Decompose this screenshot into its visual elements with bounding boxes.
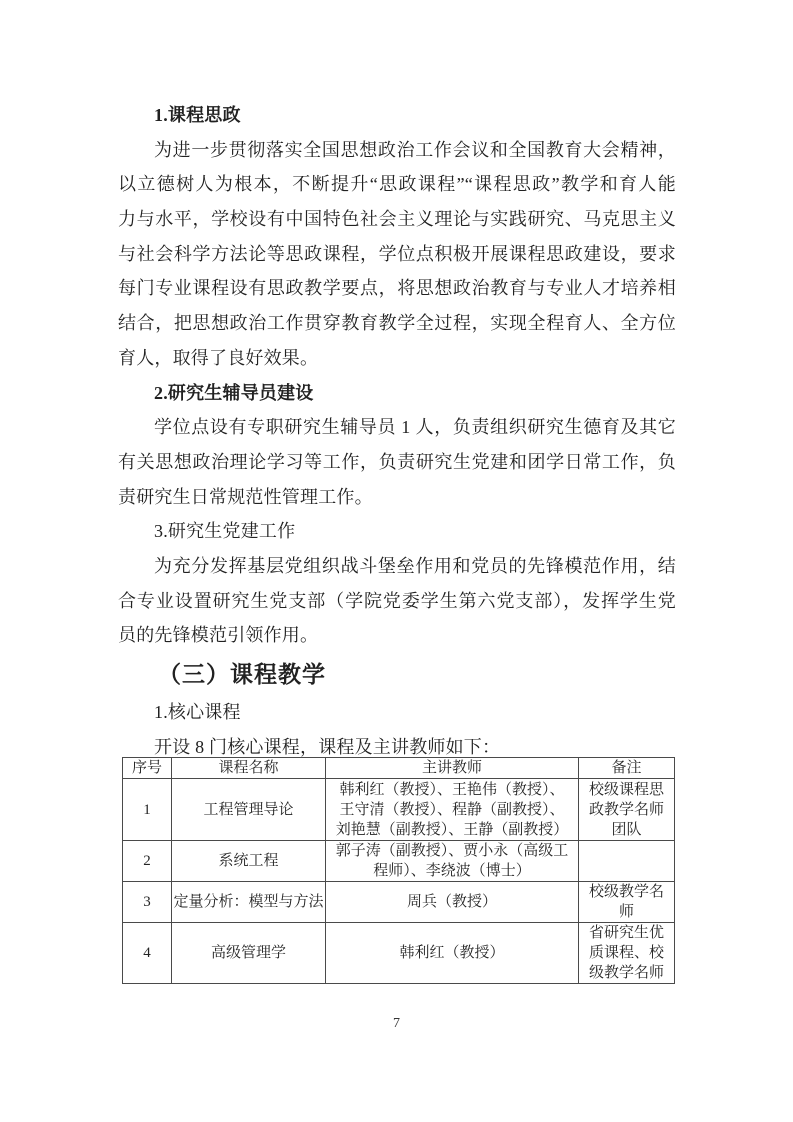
cell-seq: 2 — [123, 841, 172, 882]
cell-course: 高级管理学 — [172, 923, 326, 984]
document-page: 1.课程思政 为进一步贯彻落实全国思想政治工作会议和全国教育大会精神， 以立德树… — [0, 0, 793, 1122]
cell-course: 系统工程 — [172, 841, 326, 882]
page-number: 7 — [0, 1016, 793, 1032]
table-row: 2 系统工程 郭子涛（副教授）、贾小永（高级工 程师）、李绕波（博士） — [123, 841, 675, 882]
body-line: 结合，把思想政治工作贯穿教育教学全过程，实现全程育人、全方位 — [118, 306, 676, 341]
body-line: 为充分发挥基层党组织战斗堡垒作用和党员的先锋模范作用，结 — [118, 549, 676, 584]
cell-course: 定量分析：模型与方法 — [172, 882, 326, 923]
table-row: 1 工程管理导论 韩利红（教授）、王艳伟（教授）、 王守清（教授）、程静（副教授… — [123, 779, 675, 841]
cell-note: 省研究生优 质课程、校 级教学名师 — [579, 923, 675, 984]
cell-teachers: 韩利红（教授） — [326, 923, 579, 984]
body-line: 育人，取得了良好效果。 — [118, 341, 676, 376]
body-line: 员的先锋模范引领作用。 — [118, 618, 676, 653]
body-line: 为进一步贯彻落实全国思想政治工作会议和全国教育大会精神， — [118, 133, 676, 168]
page-body-text: 1.课程思政 为进一步贯彻落实全国思想政治工作会议和全国教育大会精神， 以立德树… — [118, 98, 676, 764]
table-header-row: 序号 课程名称 主讲教师 备注 — [123, 758, 675, 779]
cell-seq: 3 — [123, 882, 172, 923]
cell-teachers: 郭子涛（副教授）、贾小永（高级工 程师）、李绕波（博士） — [326, 841, 579, 882]
cell-course: 工程管理导论 — [172, 779, 326, 841]
header-cell-seq: 序号 — [123, 758, 172, 779]
cell-teachers: 韩利红（教授）、王艳伟（教授）、 王守清（教授）、程静（副教授）、 刘艳慧（副教… — [326, 779, 579, 841]
body-line: 合专业设置研究生党支部（学院党委学生第六党支部），发挥学生党 — [118, 584, 676, 619]
header-cell-course: 课程名称 — [172, 758, 326, 779]
header-cell-teacher: 主讲教师 — [326, 758, 579, 779]
chapter-heading: （三）课程教学 — [118, 653, 676, 695]
header-cell-note: 备注 — [579, 758, 675, 779]
cell-seq: 1 — [123, 779, 172, 841]
cell-note: 校级课程思 政教学名师 团队 — [579, 779, 675, 841]
section-1-heading: 1.课程思政 — [118, 98, 676, 133]
sub-heading: 1.核心课程 — [118, 695, 676, 730]
section-3-heading: 3.研究生党建工作 — [118, 514, 676, 549]
section-2-heading: 2.研究生辅导员建设 — [118, 376, 676, 411]
body-line: 每门专业课程设有思政教学要点，将思想政治教育与专业人才培养相 — [118, 271, 676, 306]
cell-note — [579, 841, 675, 882]
table-row: 4 高级管理学 韩利红（教授） 省研究生优 质课程、校 级教学名师 — [123, 923, 675, 984]
body-line: 有关思想政治理论学习等工作，负责研究生党建和团学日常工作，负 — [118, 445, 676, 480]
body-line: 以立德树人为根本，不断提升“思政课程”“课程思政”教学和育人能 — [118, 167, 676, 202]
body-line: 与社会科学方法论等思政课程，学位点积极开展课程思政建设，要求 — [118, 237, 676, 272]
body-line: 力与水平，学校设有中国特色社会主义理论与实践研究、马克思主义 — [118, 202, 676, 237]
body-line: 责研究生日常规范性管理工作。 — [118, 480, 676, 515]
cell-seq: 4 — [123, 923, 172, 984]
cell-note: 校级教学名 师 — [579, 882, 675, 923]
core-course-table: 序号 课程名称 主讲教师 备注 1 工程管理导论 韩利红（教授）、王艳伟（教授）… — [122, 757, 675, 984]
table-row: 3 定量分析：模型与方法 周兵（教授） 校级教学名 师 — [123, 882, 675, 923]
cell-teachers: 周兵（教授） — [326, 882, 579, 923]
body-line: 学位点设有专职研究生辅导员 1 人，负责组织研究生德育及其它 — [118, 410, 676, 445]
